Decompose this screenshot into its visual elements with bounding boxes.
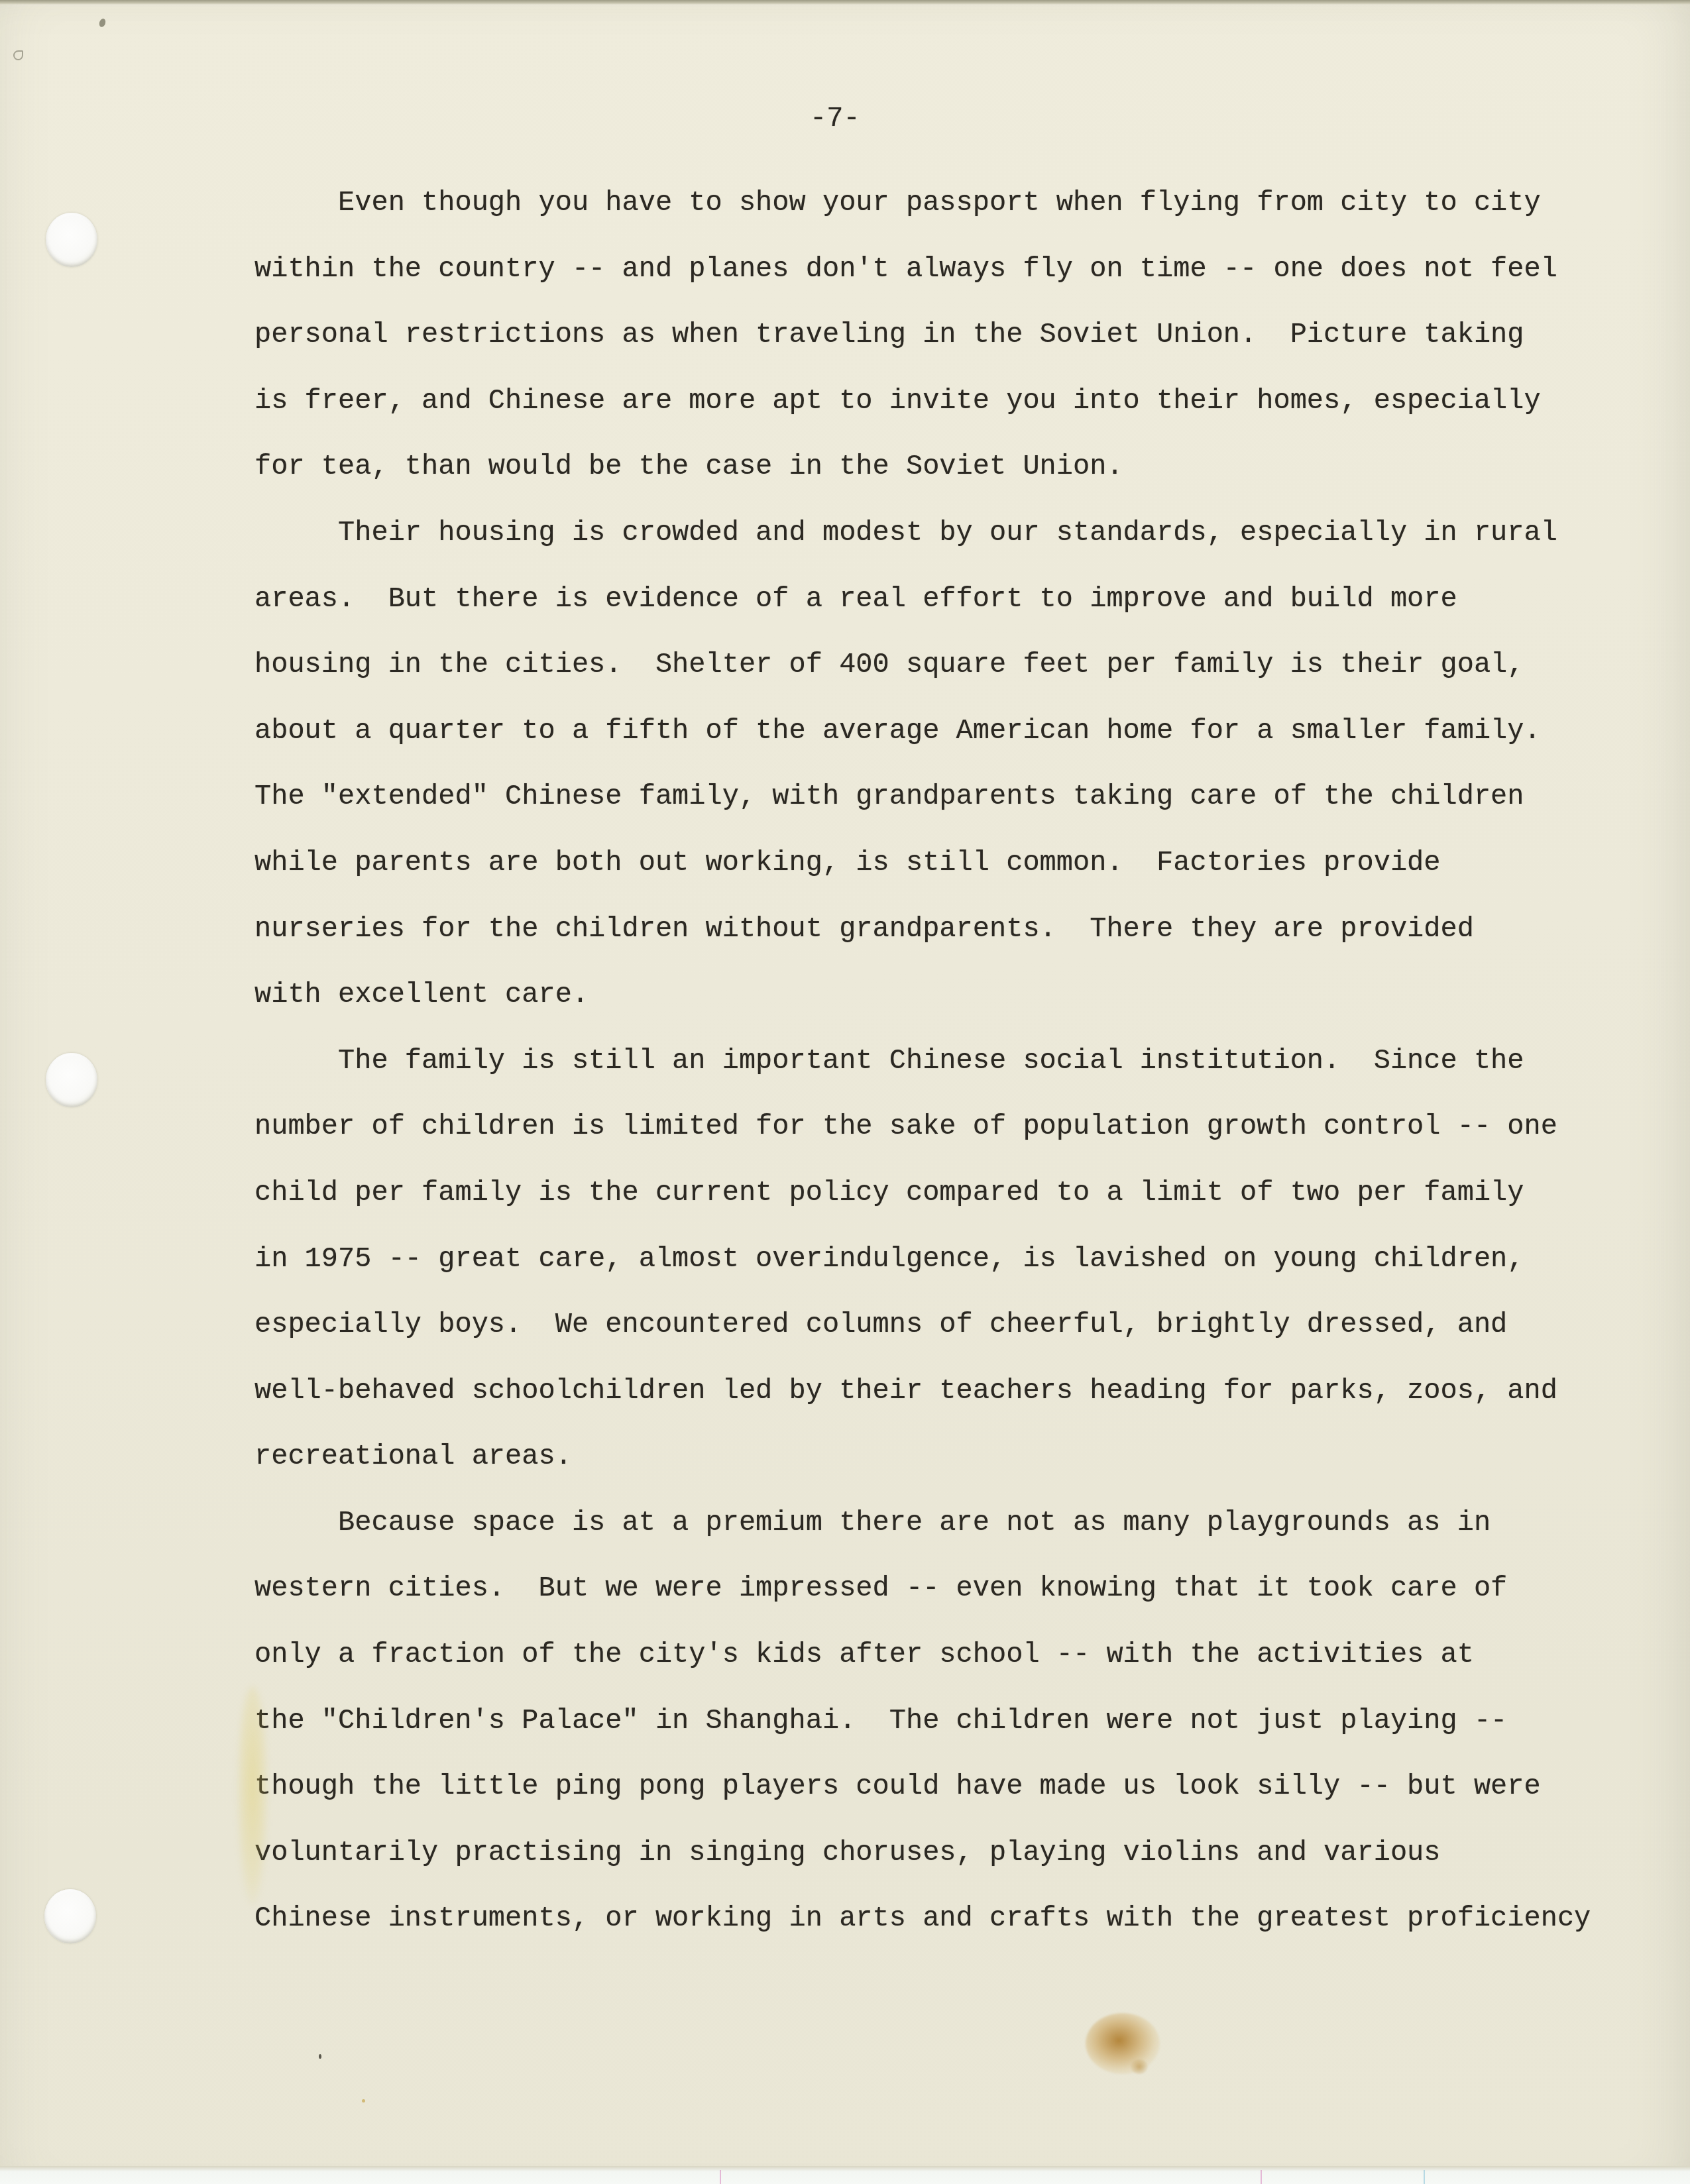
text-line: only a fraction of the city's kids after… <box>254 1622 1660 1688</box>
scanned-page: -7- Even though you have to show your pa… <box>0 0 1690 2184</box>
paragraph: Their housing is crowded and modest by o… <box>254 500 1660 1028</box>
punch-hole-middle <box>46 1053 97 1107</box>
text-line: recreational areas. <box>254 1424 1660 1490</box>
scan-top-edge <box>0 0 1690 5</box>
text-line: Their housing is crowded and modest by o… <box>254 500 1660 567</box>
paper-speck <box>13 50 23 60</box>
scan-bottom-edge <box>0 2166 1690 2184</box>
text-line: is freer, and Chinese are more apt to in… <box>254 368 1660 435</box>
page-number: -7- <box>810 86 860 152</box>
paragraph: Because space is at a premium there are … <box>254 1490 1660 1952</box>
punch-hole-bottom <box>44 1889 96 1943</box>
text-line: in 1975 -- great care, almost overindulg… <box>254 1227 1660 1293</box>
scanner-artifact-line <box>1261 2170 1262 2184</box>
text-line: The family is still an important Chinese… <box>254 1028 1660 1095</box>
text-line: Chinese instruments, or working in arts … <box>254 1886 1660 1952</box>
punch-hole-top <box>46 213 97 267</box>
scanner-artifact-line <box>1424 2170 1425 2184</box>
text-line: personal restrictions as when traveling … <box>254 302 1660 368</box>
text-line: Even though you have to show your passpo… <box>254 170 1660 237</box>
text-line: voluntarily practising in singing chorus… <box>254 1820 1660 1886</box>
paragraph: The family is still an important Chinese… <box>254 1028 1660 1490</box>
text-line: Because space is at a premium there are … <box>254 1490 1660 1556</box>
text-line: especially boys. We encountered columns … <box>254 1292 1660 1358</box>
text-line: well-behaved schoolchildren led by their… <box>254 1358 1660 1425</box>
text-line: housing in the cities. Shelter of 400 sq… <box>254 632 1660 698</box>
yellow-streak-stain <box>237 1686 268 1905</box>
paper-speck <box>362 2099 365 2102</box>
scanner-artifact-line <box>720 2170 721 2184</box>
text-line: nurseries for the children without grand… <box>254 897 1660 963</box>
paragraph: Even though you have to show your passpo… <box>254 170 1660 500</box>
text-line: within the country -- and planes don't a… <box>254 237 1660 303</box>
text-line: while parents are both out working, is s… <box>254 830 1660 897</box>
text-line: the "Children's Palace" in Shanghai. The… <box>254 1688 1660 1755</box>
brown-stain-droplet <box>1131 2059 1148 2074</box>
text-line: for tea, than would be the case in the S… <box>254 434 1660 500</box>
text-line: child per family is the current policy c… <box>254 1160 1660 1227</box>
paper-speck <box>319 2054 321 2059</box>
text-line: with excellent care. <box>254 962 1660 1028</box>
text-line: The "extended" Chinese family, with gran… <box>254 764 1660 830</box>
text-line: number of children is limited for the sa… <box>254 1094 1660 1160</box>
body-text: Even though you have to show your passpo… <box>254 170 1660 1952</box>
text-line: areas. But there is evidence of a real e… <box>254 567 1660 633</box>
text-line: about a quarter to a fifth of the averag… <box>254 698 1660 765</box>
text-line: though the little ping pong players coul… <box>254 1754 1660 1820</box>
text-line: western cities. But we were impressed --… <box>254 1556 1660 1622</box>
brown-stain <box>1086 2013 1160 2074</box>
paper-speck <box>98 18 107 28</box>
